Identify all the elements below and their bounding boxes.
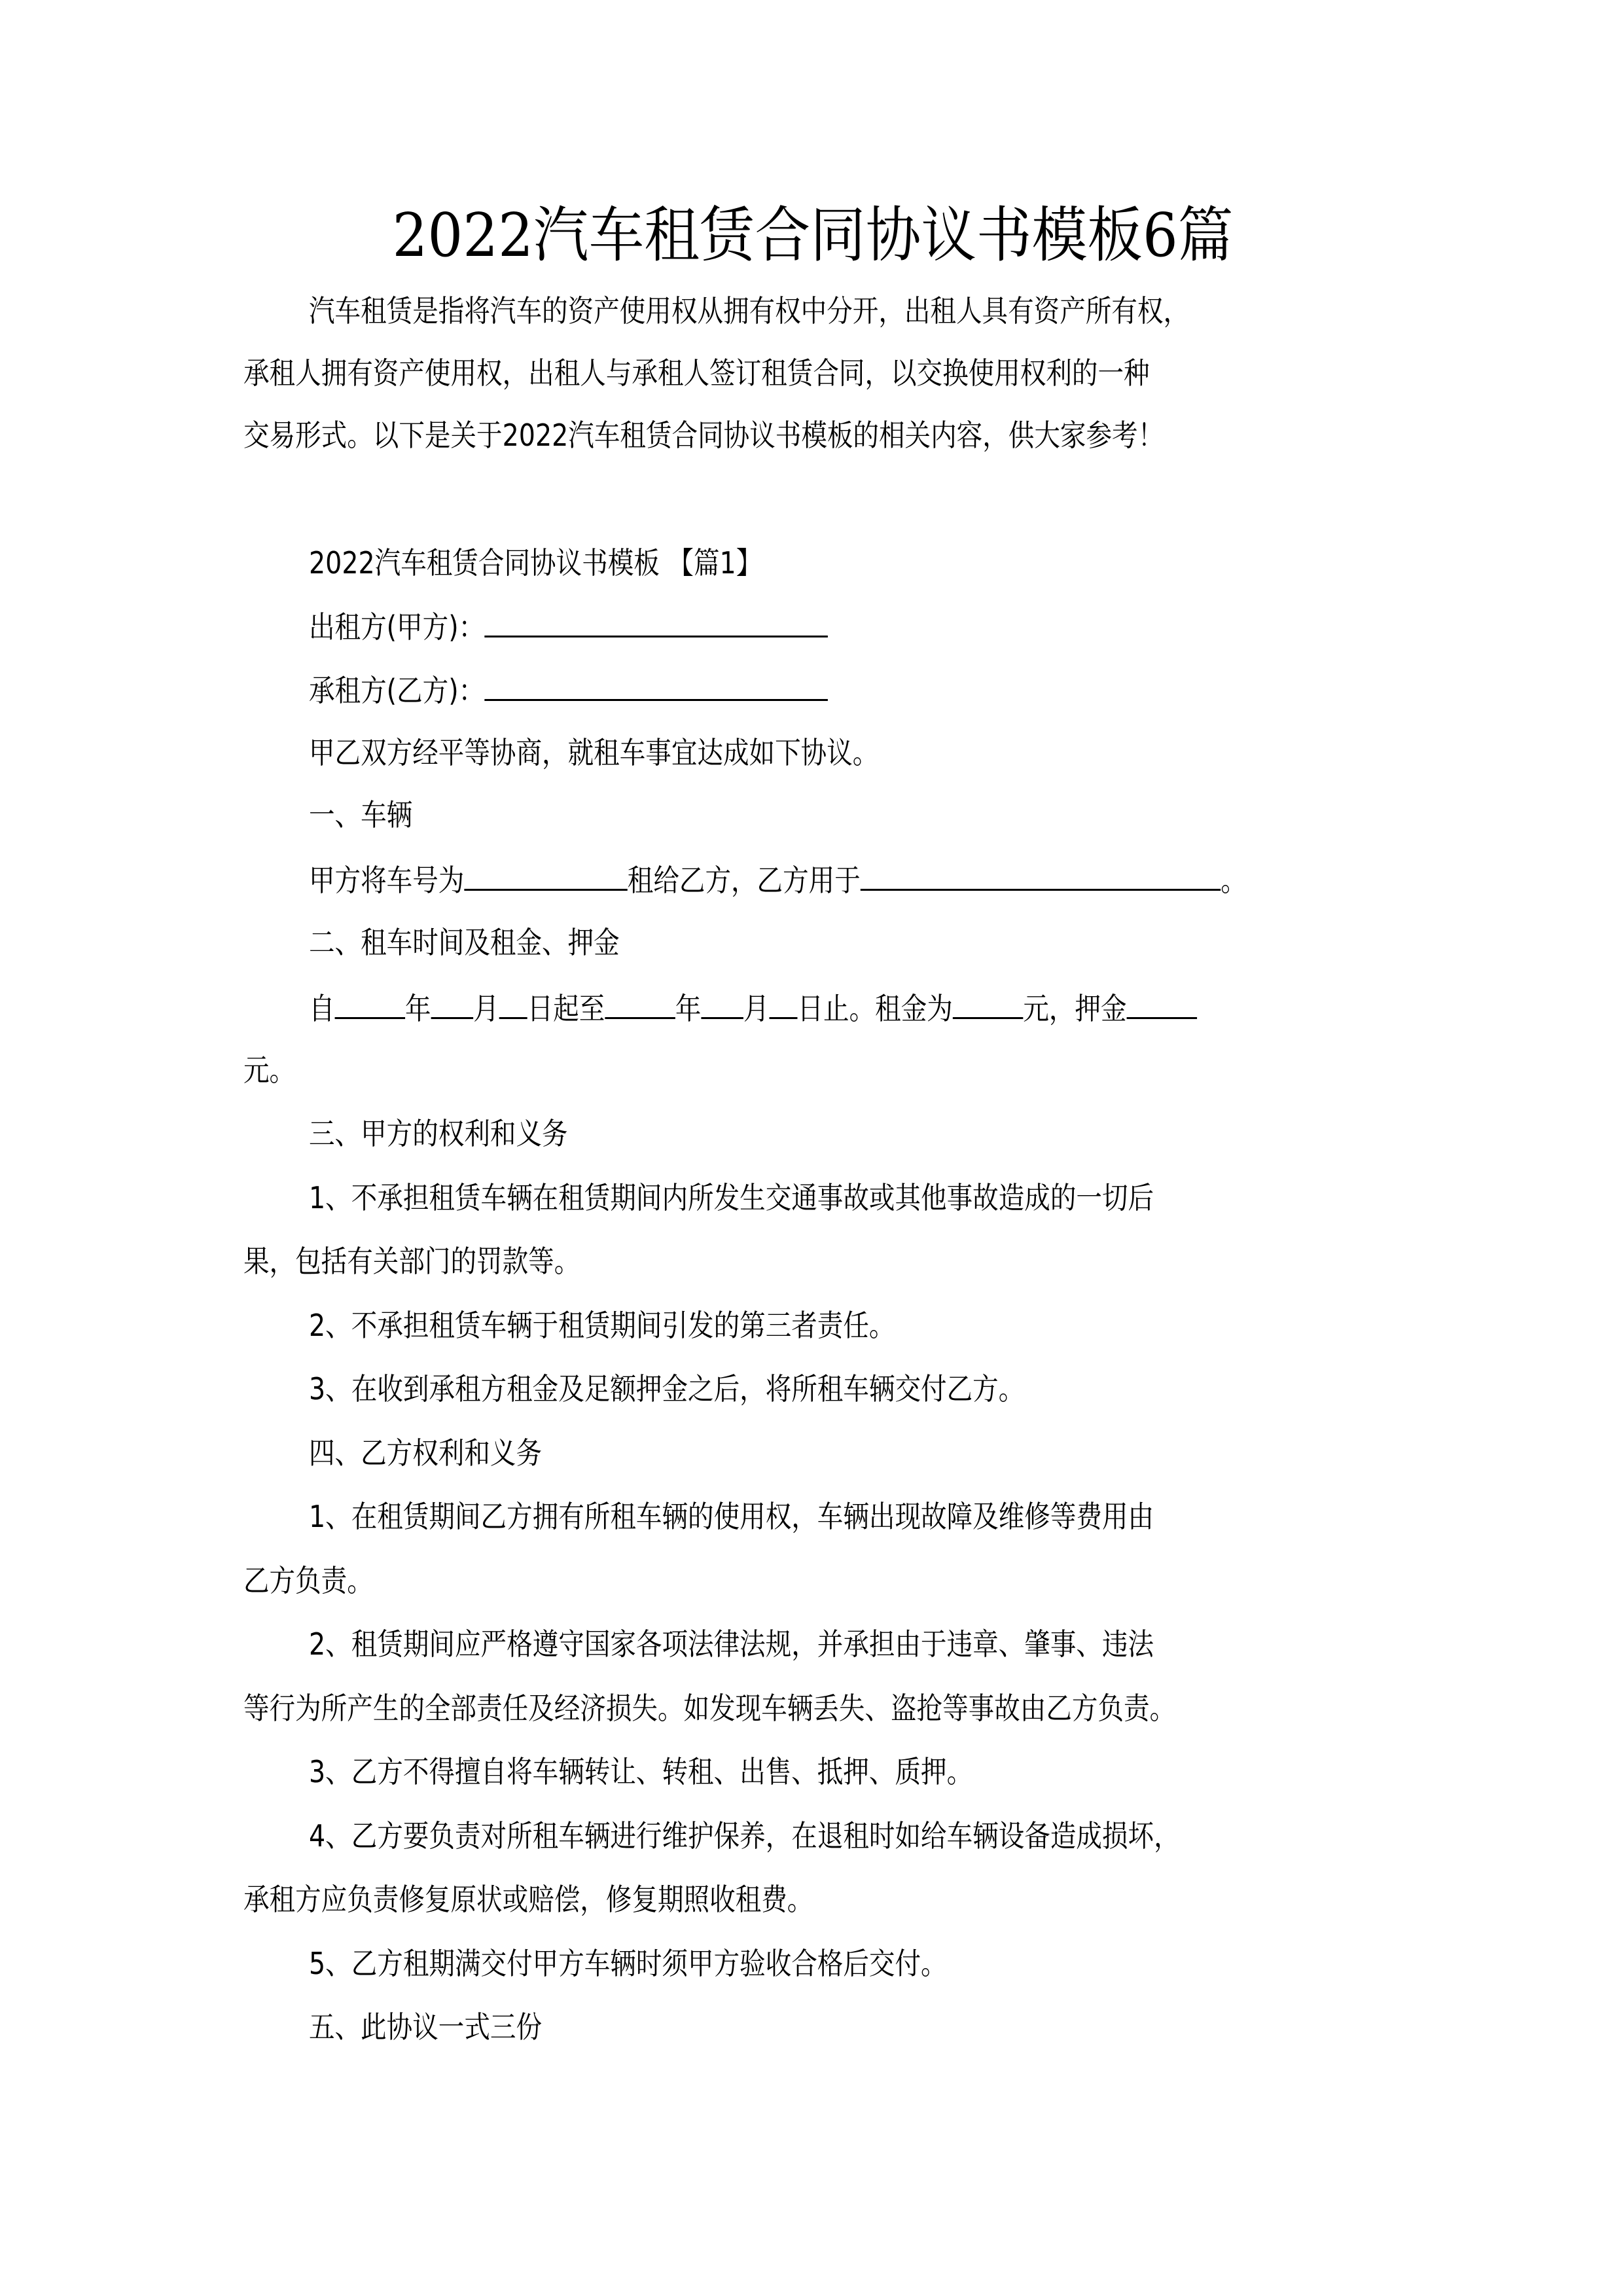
- party-b-label: 承租方(乙方)：: [309, 673, 484, 708]
- clause4-item1-line1: 1、在租赁期间乙方拥有所租车辆的使用权，车辆出现故障及维修等费用由: [309, 1497, 1154, 1536]
- preamble: 甲乙双方经平等协商，就租车事宜达成如下协议。: [309, 733, 878, 772]
- clause4-item5: 5、乙方租期满交付甲方车辆时须甲方验收合格后交付。: [309, 1944, 947, 1983]
- deposit-amount-blank[interactable]: [1127, 987, 1198, 1019]
- vehicle-number-blank[interactable]: [464, 859, 627, 891]
- clause4-heading: 四、乙方权利和义务: [309, 1433, 542, 1473]
- clause4-item2-line1: 2、租赁期间应严格遵守国家各项法律法规，并承担由于违章、肇事、违法: [309, 1624, 1154, 1664]
- intro-line-2: 承租人拥有资产使用权，出租人与承租人签订租赁合同，以交换使用权利的一种: [243, 353, 1150, 393]
- clause2-text: 自年月日起至年月日止。租金为元，押金: [309, 987, 1197, 1028]
- clause4-item4-line1: 4、乙方要负责对所租车辆进行维护保养，在退租时如给车辆设备造成损坏，: [309, 1816, 1180, 1856]
- clause3-item1-line2: 果，包括有关部门的罚款等。: [243, 1242, 580, 1281]
- party-b-row: 承租方(乙方)：: [309, 669, 828, 710]
- clause2-part: 月: [743, 991, 770, 1026]
- clause4-item2-line2: 等行为所产生的全部责任及经济损失。如发现车辆丢失、盗抢等事故由乙方负责。: [243, 1689, 1175, 1728]
- party-a-label: 出租方(甲方)：: [309, 609, 484, 645]
- vehicle-use-blank[interactable]: [861, 859, 1221, 891]
- clause2-part: 日止。租金为: [797, 991, 952, 1026]
- clause2-tail: 元。: [243, 1050, 295, 1090]
- clause3-item1-line1: 1、不承担租赁车辆在租赁期间内所发生交通事故或其他事故造成的一切后: [309, 1178, 1154, 1217]
- clause2-part: 年: [405, 991, 431, 1026]
- intro-line-3: 交易形式。以下是关于2022汽车租赁合同协议书模板的相关内容，供大家参考！: [243, 416, 1164, 455]
- clause1-text: 甲方将车号为租给乙方，乙方用于。: [309, 859, 1247, 900]
- clause5-heading: 五、此协议一式三份: [309, 2007, 542, 2047]
- party-a-blank[interactable]: [484, 605, 828, 637]
- end-month-blank[interactable]: [701, 987, 743, 1019]
- party-a-row: 出租方(甲方)：: [309, 605, 828, 647]
- clause4-item4-line2: 承租方应负责修复原状或赔偿，修复期照收租费。: [243, 1880, 813, 1919]
- clause4-item1-line2: 乙方负责。: [243, 1561, 373, 1600]
- clause2-part: 日起至: [527, 991, 605, 1026]
- clause3-item3: 3、在收到承租方租金及足额押金之后，将所租车辆交付乙方。: [309, 1369, 1024, 1408]
- clause2-heading: 二、租车时间及租金、押金: [309, 923, 620, 962]
- end-year-blank[interactable]: [605, 987, 675, 1019]
- start-month-blank[interactable]: [431, 987, 474, 1019]
- party-b-blank[interactable]: [484, 669, 828, 701]
- end-day-blank[interactable]: [769, 987, 797, 1019]
- start-year-blank[interactable]: [335, 987, 406, 1019]
- clause4-item3: 3、乙方不得擅自将车辆转让、转租、出售、抵押、质押。: [309, 1752, 972, 1791]
- clause1-heading: 一、车辆: [309, 795, 412, 834]
- clause2-part: 元，押金: [1023, 991, 1126, 1026]
- clause3-item2: 2、不承担租赁车辆于租赁期间引发的第三者责任。: [309, 1306, 895, 1345]
- clause1-text-b: 租给乙方，乙方用于: [628, 863, 861, 898]
- clause2-part: 月: [473, 991, 499, 1026]
- document-title: 2022汽车租赁合同协议书模板6篇: [289, 196, 1337, 275]
- intro-line-1: 汽车租赁是指将汽车的资产使用权从拥有权中分开，出租人具有资产所有权，: [309, 291, 1189, 331]
- clause2-part: 年: [675, 991, 702, 1026]
- clause2-part: 自: [309, 991, 335, 1026]
- rent-amount-blank[interactable]: [953, 987, 1023, 1019]
- start-day-blank[interactable]: [499, 987, 527, 1019]
- clause1-text-c: 。: [1221, 863, 1247, 898]
- section-heading: 2022汽车租赁合同协议书模板 【篇1】: [309, 543, 762, 583]
- clause1-text-a: 甲方将车号为: [309, 863, 464, 898]
- clause3-heading: 三、甲方的权利和义务: [309, 1114, 568, 1153]
